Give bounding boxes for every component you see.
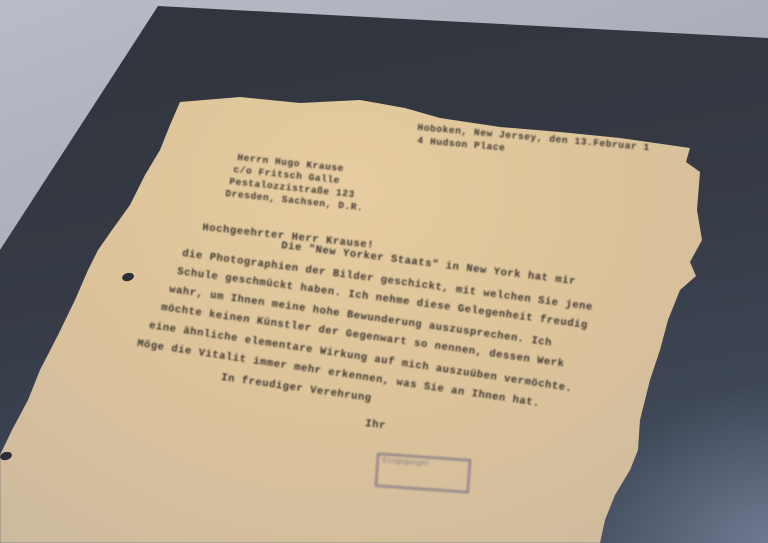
- stamp-text: Eingegangen: [378, 455, 469, 473]
- received-stamp: Eingegangen: [375, 453, 471, 493]
- signature: Ihr: [365, 418, 387, 432]
